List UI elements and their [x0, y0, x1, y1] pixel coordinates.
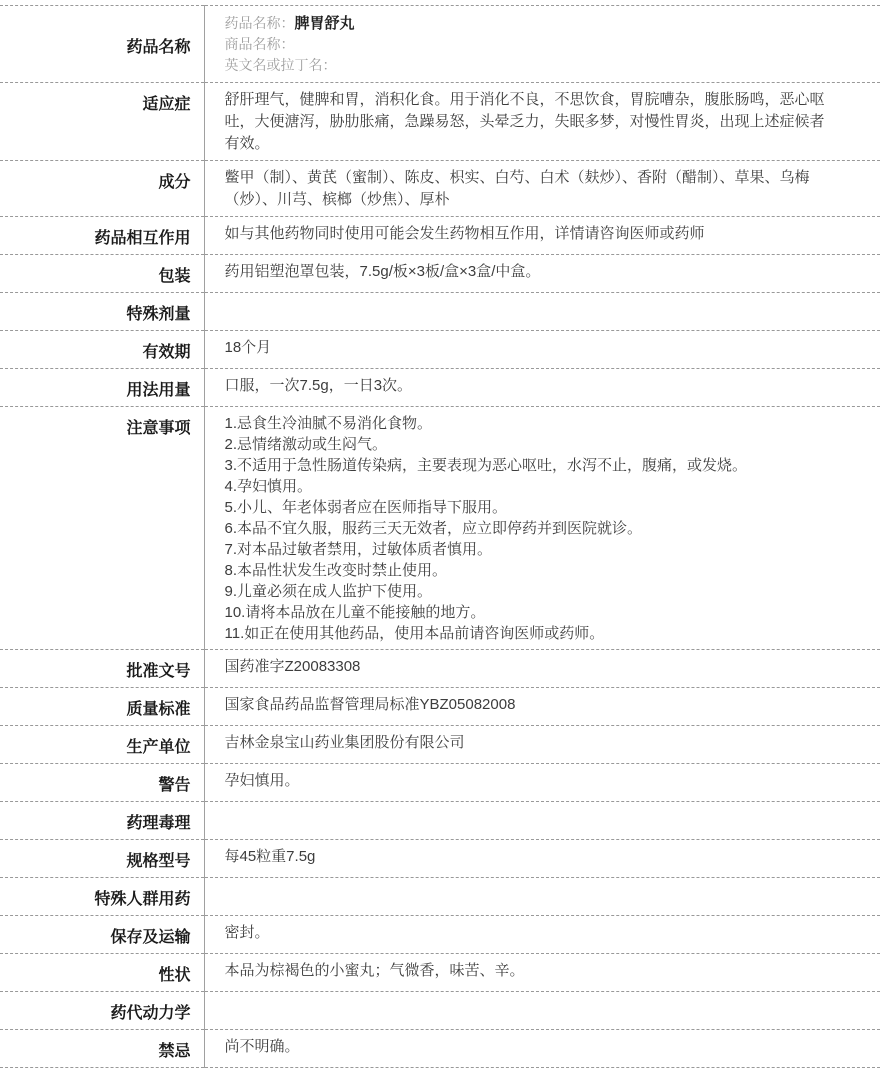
- row-pharmacokinetics: 药代动力学: [0, 992, 880, 1030]
- row-value: 本品为棕褐色的小蜜丸；气微香，味苦、辛。: [204, 954, 880, 992]
- row-description: 性状 本品为棕褐色的小蜜丸；气微香，味苦、辛。: [0, 954, 880, 992]
- row-value: [204, 992, 880, 1030]
- row-value: 口服，一次7.5g，一日3次。: [204, 369, 880, 407]
- trade-name-line: 商品名称：: [225, 34, 835, 55]
- precaution-item: 4.孕妇慎用。: [225, 476, 835, 497]
- row-packaging: 包装 药用铝塑泡罩包装，7.5g/板×3板/盒×3盒/中盒。: [0, 255, 880, 293]
- row-quality-standard: 质量标准 国家食品药品监督管理局标准YBZ05082008: [0, 688, 880, 726]
- row-value: 国家食品药品监督管理局标准YBZ05082008: [204, 688, 880, 726]
- row-label: 药品相互作用: [0, 217, 204, 255]
- precaution-item: 5.小儿、年老体弱者应在医师指导下服用。: [225, 497, 835, 518]
- row-label: 生产单位: [0, 726, 204, 764]
- drug-name-line: 药品名称：脾胃舒丸: [225, 13, 835, 34]
- row-pharmacology-toxicology: 药理毒理: [0, 802, 880, 840]
- row-value: 吉林金泉宝山药业集团股份有限公司: [204, 726, 880, 764]
- row-special-dosage: 特殊剂量: [0, 293, 880, 331]
- row-value: 孕妇慎用。: [204, 764, 880, 802]
- row-contraindications: 禁忌 尚不明确。: [0, 1030, 880, 1068]
- row-label: 规格型号: [0, 840, 204, 878]
- row-label: 成分: [0, 161, 204, 217]
- row-label: 性状: [0, 954, 204, 992]
- row-value: [204, 878, 880, 916]
- row-drug-interactions: 药品相互作用 如与其他药物同时使用可能会发生药物相互作用，详情请咨询医师或药师: [0, 217, 880, 255]
- row-value: [204, 802, 880, 840]
- precaution-item: 1.忌食生冷油腻不易消化食物。: [225, 413, 835, 434]
- row-label: 注意事项: [0, 407, 204, 650]
- row-approval-number: 批准文号 国药准字Z20083308: [0, 650, 880, 688]
- row-label: 药代动力学: [0, 992, 204, 1030]
- row-label: 警告: [0, 764, 204, 802]
- row-drug-name: 药品名称 药品名称：脾胃舒丸 商品名称： 英文名或拉丁名：: [0, 6, 880, 83]
- row-storage-transport: 保存及运输 密封。: [0, 916, 880, 954]
- drug-info-table: 药品名称 药品名称：脾胃舒丸 商品名称： 英文名或拉丁名： 适应症 舒肝理气，健…: [0, 5, 880, 1068]
- latin-name-line: 英文名或拉丁名：: [225, 55, 835, 76]
- row-label: 适应症: [0, 83, 204, 161]
- precaution-item: 6.本品不宜久服，服药三天无效者，应立即停药并到医院就诊。: [225, 518, 835, 539]
- row-label: 保存及运输: [0, 916, 204, 954]
- row-shelf-life: 有效期 18个月: [0, 331, 880, 369]
- row-label: 药品名称: [0, 6, 204, 83]
- field-prefix: 商品名称：: [225, 36, 295, 52]
- row-value: 舒肝理气，健脾和胃，消积化食。用于消化不良，不思饮食，胃脘嘈杂，腹胀肠鸣，恶心呕…: [204, 83, 880, 161]
- row-value: 密封。: [204, 916, 880, 954]
- row-value: 药品名称：脾胃舒丸 商品名称： 英文名或拉丁名：: [204, 6, 880, 83]
- precaution-item: 3.不适用于急性肠道传染病，主要表现为恶心呕吐，水泻不止，腹痛，或发烧。: [225, 455, 835, 476]
- precaution-item: 7.对本品过敏者禁用，过敏体质者慎用。: [225, 539, 835, 560]
- field-prefix: 英文名或拉丁名：: [225, 57, 337, 73]
- row-label: 质量标准: [0, 688, 204, 726]
- row-label: 特殊剂量: [0, 293, 204, 331]
- precaution-item: 11.如正在使用其他药品，使用本品前请咨询医师或药师。: [225, 623, 835, 644]
- row-ingredients: 成分 鳖甲（制）、黄芪（蜜制）、陈皮、枳实、白芍、白术（麸炒）、香附（醋制）、草…: [0, 161, 880, 217]
- row-label: 有效期: [0, 331, 204, 369]
- row-value: 18个月: [204, 331, 880, 369]
- row-label: 包装: [0, 255, 204, 293]
- row-label: 用法用量: [0, 369, 204, 407]
- drug-name-value: 脾胃舒丸: [295, 15, 355, 32]
- precaution-item: 8.本品性状发生改变时禁止使用。: [225, 560, 835, 581]
- row-label: 批准文号: [0, 650, 204, 688]
- precaution-item: 10.请将本品放在儿童不能接触的地方。: [225, 602, 835, 623]
- row-value: 如与其他药物同时使用可能会发生药物相互作用，详情请咨询医师或药师: [204, 217, 880, 255]
- precaution-item: 9.儿童必须在成人监护下使用。: [225, 581, 835, 602]
- row-value: 鳖甲（制）、黄芪（蜜制）、陈皮、枳实、白芍、白术（麸炒）、香附（醋制）、草果、乌…: [204, 161, 880, 217]
- row-value: 药用铝塑泡罩包装，7.5g/板×3板/盒×3盒/中盒。: [204, 255, 880, 293]
- row-precautions: 注意事项 1.忌食生冷油腻不易消化食物。 2.忌情绪激动或生闷气。 3.不适用于…: [0, 407, 880, 650]
- row-manufacturer: 生产单位 吉林金泉宝山药业集团股份有限公司: [0, 726, 880, 764]
- row-value: 尚不明确。: [204, 1030, 880, 1068]
- precaution-item: 2.忌情绪激动或生闷气。: [225, 434, 835, 455]
- field-prefix: 药品名称：: [225, 15, 295, 31]
- row-warning: 警告 孕妇慎用。: [0, 764, 880, 802]
- row-value: 国药准字Z20083308: [204, 650, 880, 688]
- row-special-populations: 特殊人群用药: [0, 878, 880, 916]
- row-label: 禁忌: [0, 1030, 204, 1068]
- row-specification: 规格型号 每45粒重7.5g: [0, 840, 880, 878]
- row-indications: 适应症 舒肝理气，健脾和胃，消积化食。用于消化不良，不思饮食，胃脘嘈杂，腹胀肠鸣…: [0, 83, 880, 161]
- row-value: [204, 293, 880, 331]
- row-label: 特殊人群用药: [0, 878, 204, 916]
- row-value: 1.忌食生冷油腻不易消化食物。 2.忌情绪激动或生闷气。 3.不适用于急性肠道传…: [204, 407, 880, 650]
- row-dosage-usage: 用法用量 口服，一次7.5g，一日3次。: [0, 369, 880, 407]
- row-value: 每45粒重7.5g: [204, 840, 880, 878]
- row-label: 药理毒理: [0, 802, 204, 840]
